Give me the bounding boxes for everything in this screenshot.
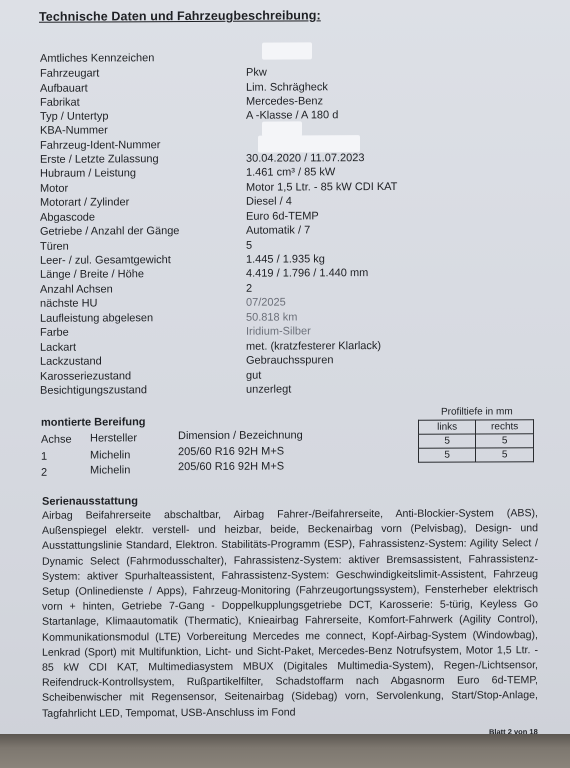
field-label: Türen bbox=[40, 240, 69, 255]
field-value: gut bbox=[246, 369, 261, 384]
background-surface bbox=[0, 734, 570, 768]
field-label: Getriebe / Anzahl der Gänge bbox=[40, 224, 179, 240]
field-label: Besichtigungszustand bbox=[40, 383, 147, 399]
field-label: Abgascode bbox=[40, 211, 95, 226]
field-value: 50.818 km bbox=[246, 310, 297, 325]
field-label: Motorart / Zylinder bbox=[40, 195, 129, 210]
tyres-heading: montierte Bereifung bbox=[41, 416, 146, 429]
tyre-axle: 2 bbox=[41, 466, 47, 480]
field-label: Fahrzeugart bbox=[40, 66, 99, 81]
redacted-value bbox=[262, 121, 302, 136]
profile-cell: 5 bbox=[476, 434, 534, 448]
tyre-maker: Michelin bbox=[90, 448, 130, 462]
series-equipment-heading: Serienausstattung bbox=[42, 495, 138, 508]
tyre-dimension: 205/60 R16 92H M+S bbox=[178, 460, 284, 475]
field-label: Farbe bbox=[40, 326, 69, 341]
tyres-header-dimension: Dimension / Bezeichnung bbox=[178, 428, 303, 443]
redacted-value bbox=[262, 42, 312, 59]
profile-header-right: rechts bbox=[476, 420, 534, 434]
field-value: Automatik / 7 bbox=[246, 223, 310, 238]
profile-row: 5 5 bbox=[419, 448, 534, 463]
field-value: Gebrauchsspuren bbox=[246, 353, 333, 368]
field-label: Motor bbox=[40, 182, 68, 197]
field-label: Hubraum / Leistung bbox=[40, 166, 136, 182]
field-label: Lackart bbox=[40, 341, 76, 356]
field-label: nächste HU bbox=[40, 296, 97, 311]
profile-cell: 5 bbox=[419, 448, 476, 462]
series-equipment-text: Airbag Beifahrerseite abschaltbar, Airba… bbox=[42, 506, 538, 721]
field-label: KBA-Nummer bbox=[40, 123, 108, 138]
field-value: Iridium-Silber bbox=[246, 324, 311, 339]
tyre-axle: 1 bbox=[41, 450, 47, 464]
field-value: 07/2025 bbox=[246, 296, 286, 311]
field-label: Länge / Breite / Höhe bbox=[40, 267, 144, 283]
profile-header-left: links bbox=[419, 420, 476, 434]
field-value: unzerlegt bbox=[246, 382, 291, 397]
profile-depth-table: links rechts 5 5 5 5 bbox=[418, 419, 534, 463]
field-value: Diesel / 4 bbox=[246, 194, 292, 209]
redacted-value bbox=[258, 135, 360, 153]
tyre-maker: Michelin bbox=[90, 463, 130, 477]
tyres-header-axle: Achse bbox=[41, 433, 72, 447]
field-value: 2 bbox=[246, 282, 252, 297]
profile-row: 5 5 bbox=[419, 434, 534, 449]
profile-cell: 5 bbox=[476, 448, 534, 462]
field-label: Lackzustand bbox=[40, 354, 102, 369]
field-value: 5 bbox=[246, 239, 252, 254]
field-value: 4.419 / 1.796 / 1.440 mm bbox=[246, 266, 368, 282]
profile-cell: 5 bbox=[419, 434, 476, 448]
field-label: Fabrikat bbox=[40, 96, 80, 111]
tyres-header-maker: Hersteller bbox=[90, 431, 137, 445]
field-row: Besichtigungszustand unzerlegt bbox=[40, 381, 520, 399]
tyre-dimension: 205/60 R16 92H M+S bbox=[178, 445, 284, 460]
field-label: Aufbauart bbox=[40, 82, 88, 97]
profile-depth-caption: Profiltiefe in mm bbox=[441, 406, 513, 417]
field-value: 1.461 cm³ / 85 kW bbox=[246, 165, 335, 180]
page-title: Technische Daten und Fahrzeugbeschreibun… bbox=[39, 8, 321, 23]
field-label: Amtliches Kennzeichen bbox=[40, 51, 154, 67]
document-page: Technische Daten und Fahrzeugbeschreibun… bbox=[0, 0, 570, 738]
profile-header-row: links rechts bbox=[419, 420, 534, 435]
field-value: Pkw bbox=[246, 66, 267, 81]
